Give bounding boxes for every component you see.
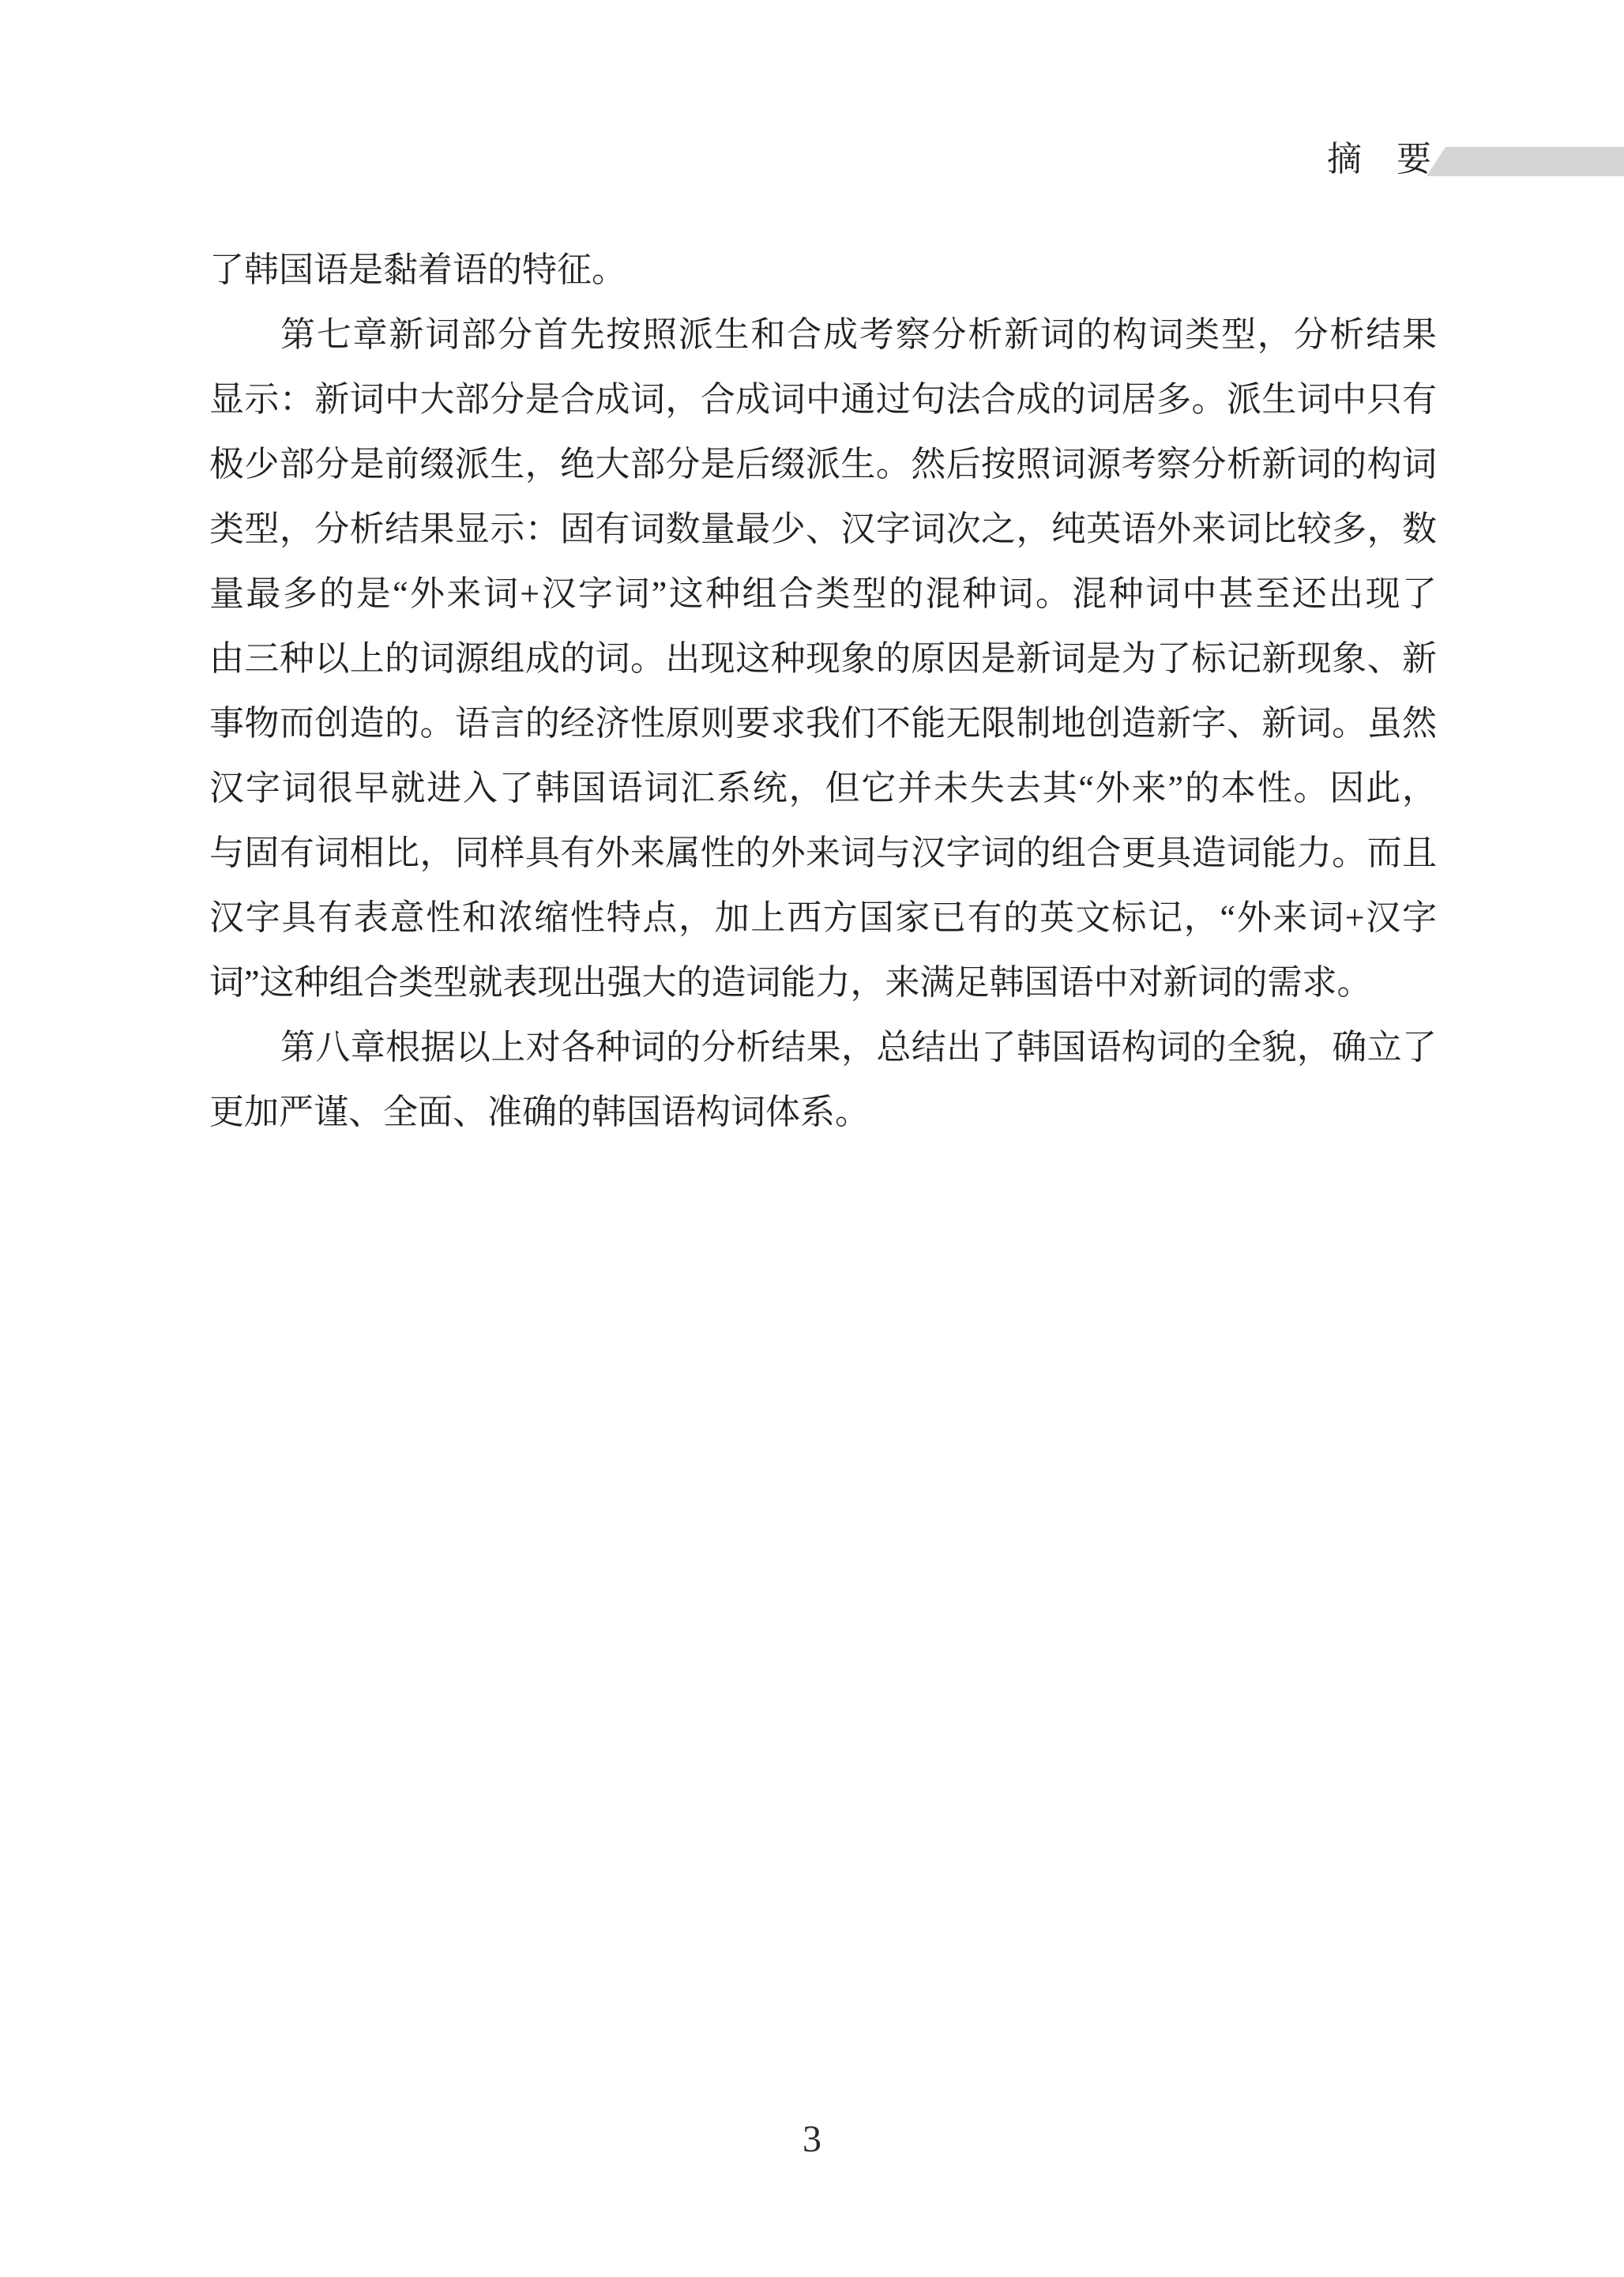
page-footer: 3 bbox=[0, 2119, 1624, 2160]
text-line: 汉字具有表意性和浓缩性特点，加上西方国家已有的英文标记，“外来词+汉字 bbox=[209, 886, 1437, 950]
header-title: 摘 要 bbox=[1327, 142, 1431, 177]
text-line: 极少部分是前缀派生，绝大部分是后缀派生。然后按照词源考察分析新词的构词 bbox=[209, 432, 1437, 497]
text-line: 汉字词很早就进入了韩国语词汇系统，但它并未失去其“外来”的本性。因此， bbox=[209, 756, 1437, 821]
text-line: 量最多的是“外来词+汉字词”这种组合类型的混种词。混种词中甚至还出现了 bbox=[209, 562, 1437, 627]
page-header: 摘 要 bbox=[0, 0, 1624, 205]
text-line: 显示：新词中大部分是合成词，合成词中通过句法合成的词居多。派生词中只有 bbox=[209, 367, 1437, 432]
text-line: 与固有词相比，同样具有外来属性的外来词与汉字词的组合更具造词能力。而且 bbox=[209, 821, 1437, 886]
page-number: 3 bbox=[803, 2118, 821, 2160]
text-line: 类型，分析结果显示：固有词数量最少、汉字词次之，纯英语外来词比较多，数 bbox=[209, 497, 1437, 562]
text-line: 词”这种组合类型就表现出强大的造词能力，来满足韩国语中对新词的需求。 bbox=[209, 950, 1437, 1015]
text-line: 更加严谨、全面、准确的韩国语构词体系。 bbox=[209, 1080, 1437, 1145]
abstract-body: 了韩国语是黏着语的特征。 第七章新词部分首先按照派生和合成考察分析新词的构词类型… bbox=[209, 238, 1437, 1145]
header-accent-bar bbox=[1427, 147, 1624, 176]
text-line: 第八章根据以上对各种词的分析结果，总结出了韩国语构词的全貌，确立了 bbox=[209, 1015, 1437, 1080]
document-page: 摘 要 了韩国语是黏着语的特征。 第七章新词部分首先按照派生和合成考察分析新词的… bbox=[0, 0, 1624, 2277]
text-line: 了韩国语是黏着语的特征。 bbox=[209, 238, 1437, 303]
text-line: 由三种以上的词源组成的词。出现这种现象的原因是新词是为了标记新现象、新 bbox=[209, 627, 1437, 691]
text-line: 第七章新词部分首先按照派生和合成考察分析新词的构词类型，分析结果 bbox=[209, 303, 1437, 367]
text-line: 事物而创造的。语言的经济性原则要求我们不能无限制地创造新字、新词。虽然 bbox=[209, 691, 1437, 756]
